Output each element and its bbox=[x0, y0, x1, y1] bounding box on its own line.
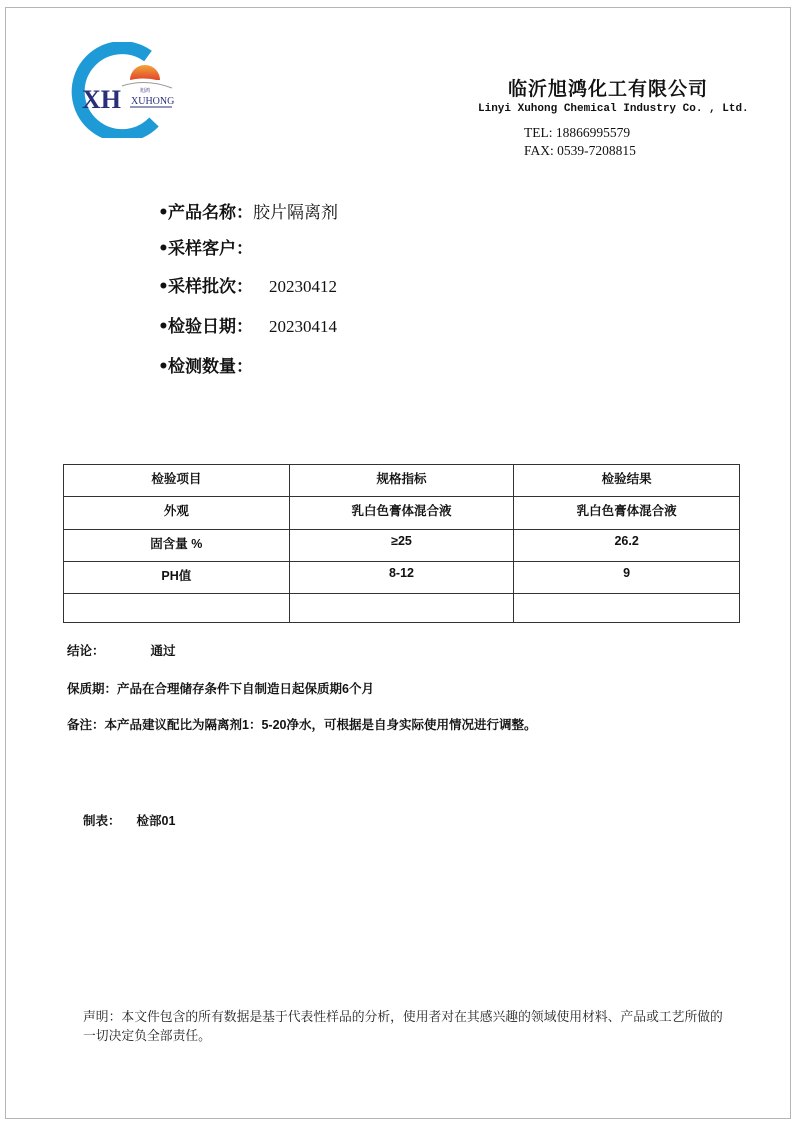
bullet-icon: • bbox=[158, 317, 168, 337]
fax-number: FAX: 0539-7208815 bbox=[524, 142, 636, 160]
svg-text:XUHONG: XUHONG bbox=[131, 96, 174, 107]
prepared-by: 制表：检部01 bbox=[83, 811, 175, 829]
info-inspection-date: •检验日期：20230414 bbox=[158, 312, 337, 337]
prepared-by-label: 制表： bbox=[83, 814, 121, 828]
disclaimer: 声明：本文件包含的所有数据是基于代表性样品的分析，使用者对在其感兴趣的领域使用材… bbox=[83, 1008, 733, 1046]
header-spec: 规格指标 bbox=[289, 465, 514, 497]
table-row bbox=[64, 594, 740, 623]
table-header-row: 检验项目 规格指标 检验结果 bbox=[64, 465, 740, 497]
prepared-by-value: 检部01 bbox=[137, 814, 176, 828]
bullet-icon: • bbox=[158, 239, 168, 259]
bullet-icon: • bbox=[158, 357, 168, 377]
company-name-en: Linyi Xuhong Chemical Industry Co. , Ltd… bbox=[478, 102, 748, 116]
inspection-date-value: 20230414 bbox=[269, 317, 337, 336]
svg-text:XH: XH bbox=[82, 85, 121, 114]
header-item: 检验项目 bbox=[64, 465, 290, 497]
svg-text:旭鸿: 旭鸿 bbox=[140, 87, 150, 94]
info-quantity: •检测数量： bbox=[158, 352, 253, 377]
xuhong-logo-icon: XH XUHONG 旭鸿 bbox=[68, 42, 178, 138]
bullet-icon: • bbox=[158, 203, 168, 223]
table-row: PH值 8-12 9 bbox=[64, 562, 740, 594]
info-batch: •采样批次：20230412 bbox=[158, 272, 337, 297]
tel-number: TEL: 18866995579 bbox=[524, 124, 636, 142]
batch-value: 20230412 bbox=[269, 277, 337, 296]
info-product-name: •产品名称：胶片隔离剂 bbox=[158, 198, 338, 223]
conclusion-label: 结论： bbox=[67, 644, 105, 658]
product-name-value: 胶片隔离剂 bbox=[253, 203, 338, 223]
conclusion-value: 通过 bbox=[151, 644, 176, 658]
table-row: 固含量 % ≥25 26.2 bbox=[64, 530, 740, 562]
remark: 备注：本产品建议配比为隔离剂1：5-20净水，可根据是自身实际使用情况进行调整。 bbox=[67, 715, 536, 733]
company-header: 临沂旭鸿化工有限公司 Linyi Xuhong Chemical Industr… bbox=[478, 76, 748, 116]
contact-info: TEL: 18866995579 FAX: 0539-7208815 bbox=[524, 124, 636, 160]
bullet-icon: • bbox=[158, 277, 168, 297]
shelf-life: 保质期：产品在合理储存条件下自制造日起保质期6个月 bbox=[67, 679, 374, 697]
conclusion: 结论：通过 bbox=[67, 641, 176, 659]
header-result: 检验结果 bbox=[514, 465, 740, 497]
company-name-cn: 临沂旭鸿化工有限公司 bbox=[508, 76, 748, 102]
table-row: 外观 乳白色膏体混合液 乳白色膏体混合液 bbox=[64, 497, 740, 530]
company-logo: XH XUHONG 旭鸿 bbox=[68, 42, 178, 138]
inspection-table: 检验项目 规格指标 检验结果 外观 乳白色膏体混合液 乳白色膏体混合液 固含量 … bbox=[63, 464, 740, 623]
info-customer: •采样客户： bbox=[158, 234, 253, 259]
